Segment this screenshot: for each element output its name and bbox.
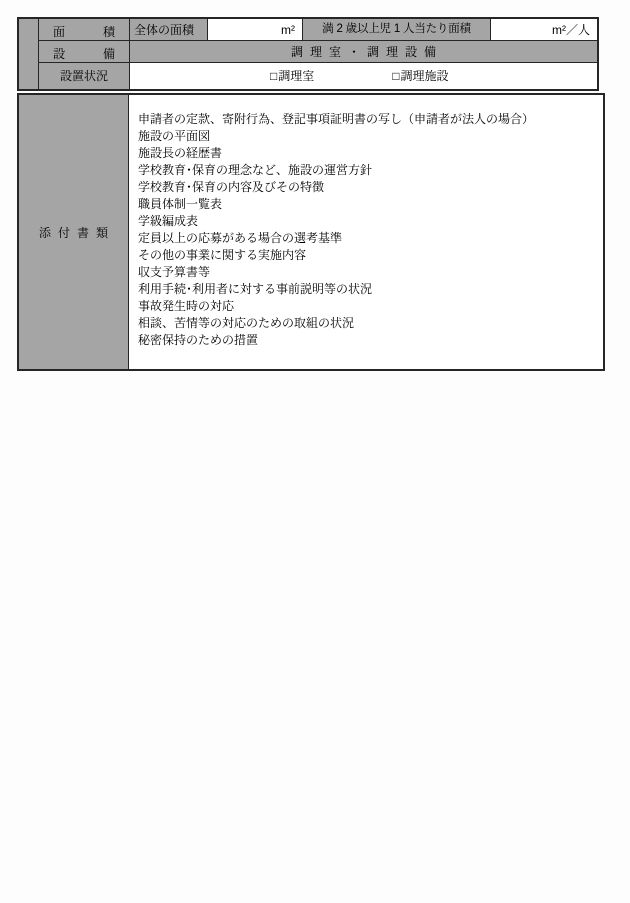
attachment-list-item: 施設長の経歴書 [138,145,595,162]
total-area-unit: m² [281,24,295,36]
equipment-value: 調理室・調理設備 [129,41,597,62]
per-child-area-label: 満 2 歳以上児 1 人当たり面積 [302,19,490,40]
checkbox-icon[interactable]: □ [392,70,399,82]
status-options-cell: □ 調理室 □ 調理施設 [129,63,597,89]
checkbox-icon[interactable]: □ [270,70,277,82]
per-child-area-input-cell[interactable]: m²／人 [490,19,597,40]
attachment-list-item: 学校教育･保育の内容及びその特徴 [138,179,595,196]
equipment-row: 設備 調理室・調理設備 [39,41,597,63]
checkbox-cooking-room[interactable]: □ 調理室 [270,70,314,82]
total-area-label: 全体の面積 [129,19,207,40]
checkbox-cooking-room-label: 調理室 [278,70,314,82]
attachment-list-item: 収支予算書等 [138,264,595,281]
attachment-list-item: 施設の平面図 [138,128,595,145]
left-spacer-cell [19,19,39,89]
form-page: 面積 全体の面積 m² 満 2 歳以上児 1 人当たり面積 m²／人 設備 調理… [0,0,630,903]
attachments-list: 申請者の定款、寄附行為、登記事項証明書の写し（申請者が法人の場合） 施設の平面図… [129,95,603,369]
facility-info-rows: 面積 全体の面積 m² 満 2 歳以上児 1 人当たり面積 m²／人 設備 調理… [39,19,597,89]
attachment-list-item: 職員体制一覧表 [138,196,595,213]
area-row-label-cell: 面積 [39,19,129,40]
area-row: 面積 全体の面積 m² 満 2 歳以上児 1 人当たり面積 m²／人 [39,19,597,41]
attachment-list-item: 学校教育･保育の理念など、施設の運営方針 [138,162,595,179]
per-child-area-unit: m²／人 [552,24,590,36]
attachment-list-item: 学級編成表 [138,213,595,230]
attachments-header-label: 添付書類 [19,95,129,369]
attachment-list-item: 相談、苦情等の対応のための取組の状況 [138,315,595,332]
attachment-list-item: その他の事業に関する実施内容 [138,247,595,264]
status-row-label: 設置状況 [39,63,129,89]
attachment-list-item: 利用手続･利用者に対する事前説明等の状況 [138,281,595,298]
attachment-list-item: 秘密保持のための措置 [138,332,595,349]
equipment-label: 設備 [39,43,129,60]
attachments-table: 添付書類 申請者の定款、寄附行為、登記事項証明書の写し（申請者が法人の場合） 施… [17,93,605,371]
attachment-list-item: 申請者の定款、寄附行為、登記事項証明書の写し（申請者が法人の場合） [138,111,595,128]
checkbox-cooking-facility[interactable]: □ 調理施設 [392,70,448,82]
equipment-row-label-cell: 設備 [39,41,129,62]
facility-info-table: 面積 全体の面積 m² 満 2 歳以上児 1 人当たり面積 m²／人 設備 調理… [17,17,599,91]
attachment-list-item: 事故発生時の対応 [138,298,595,315]
total-area-input-cell[interactable]: m² [207,19,302,40]
checkbox-cooking-facility-label: 調理施設 [401,70,449,82]
attachment-list-item: 定員以上の応募がある場合の選考基準 [138,230,595,247]
area-label: 面積 [39,21,129,38]
status-row: 設置状況 □ 調理室 □ 調理施設 [39,63,597,89]
